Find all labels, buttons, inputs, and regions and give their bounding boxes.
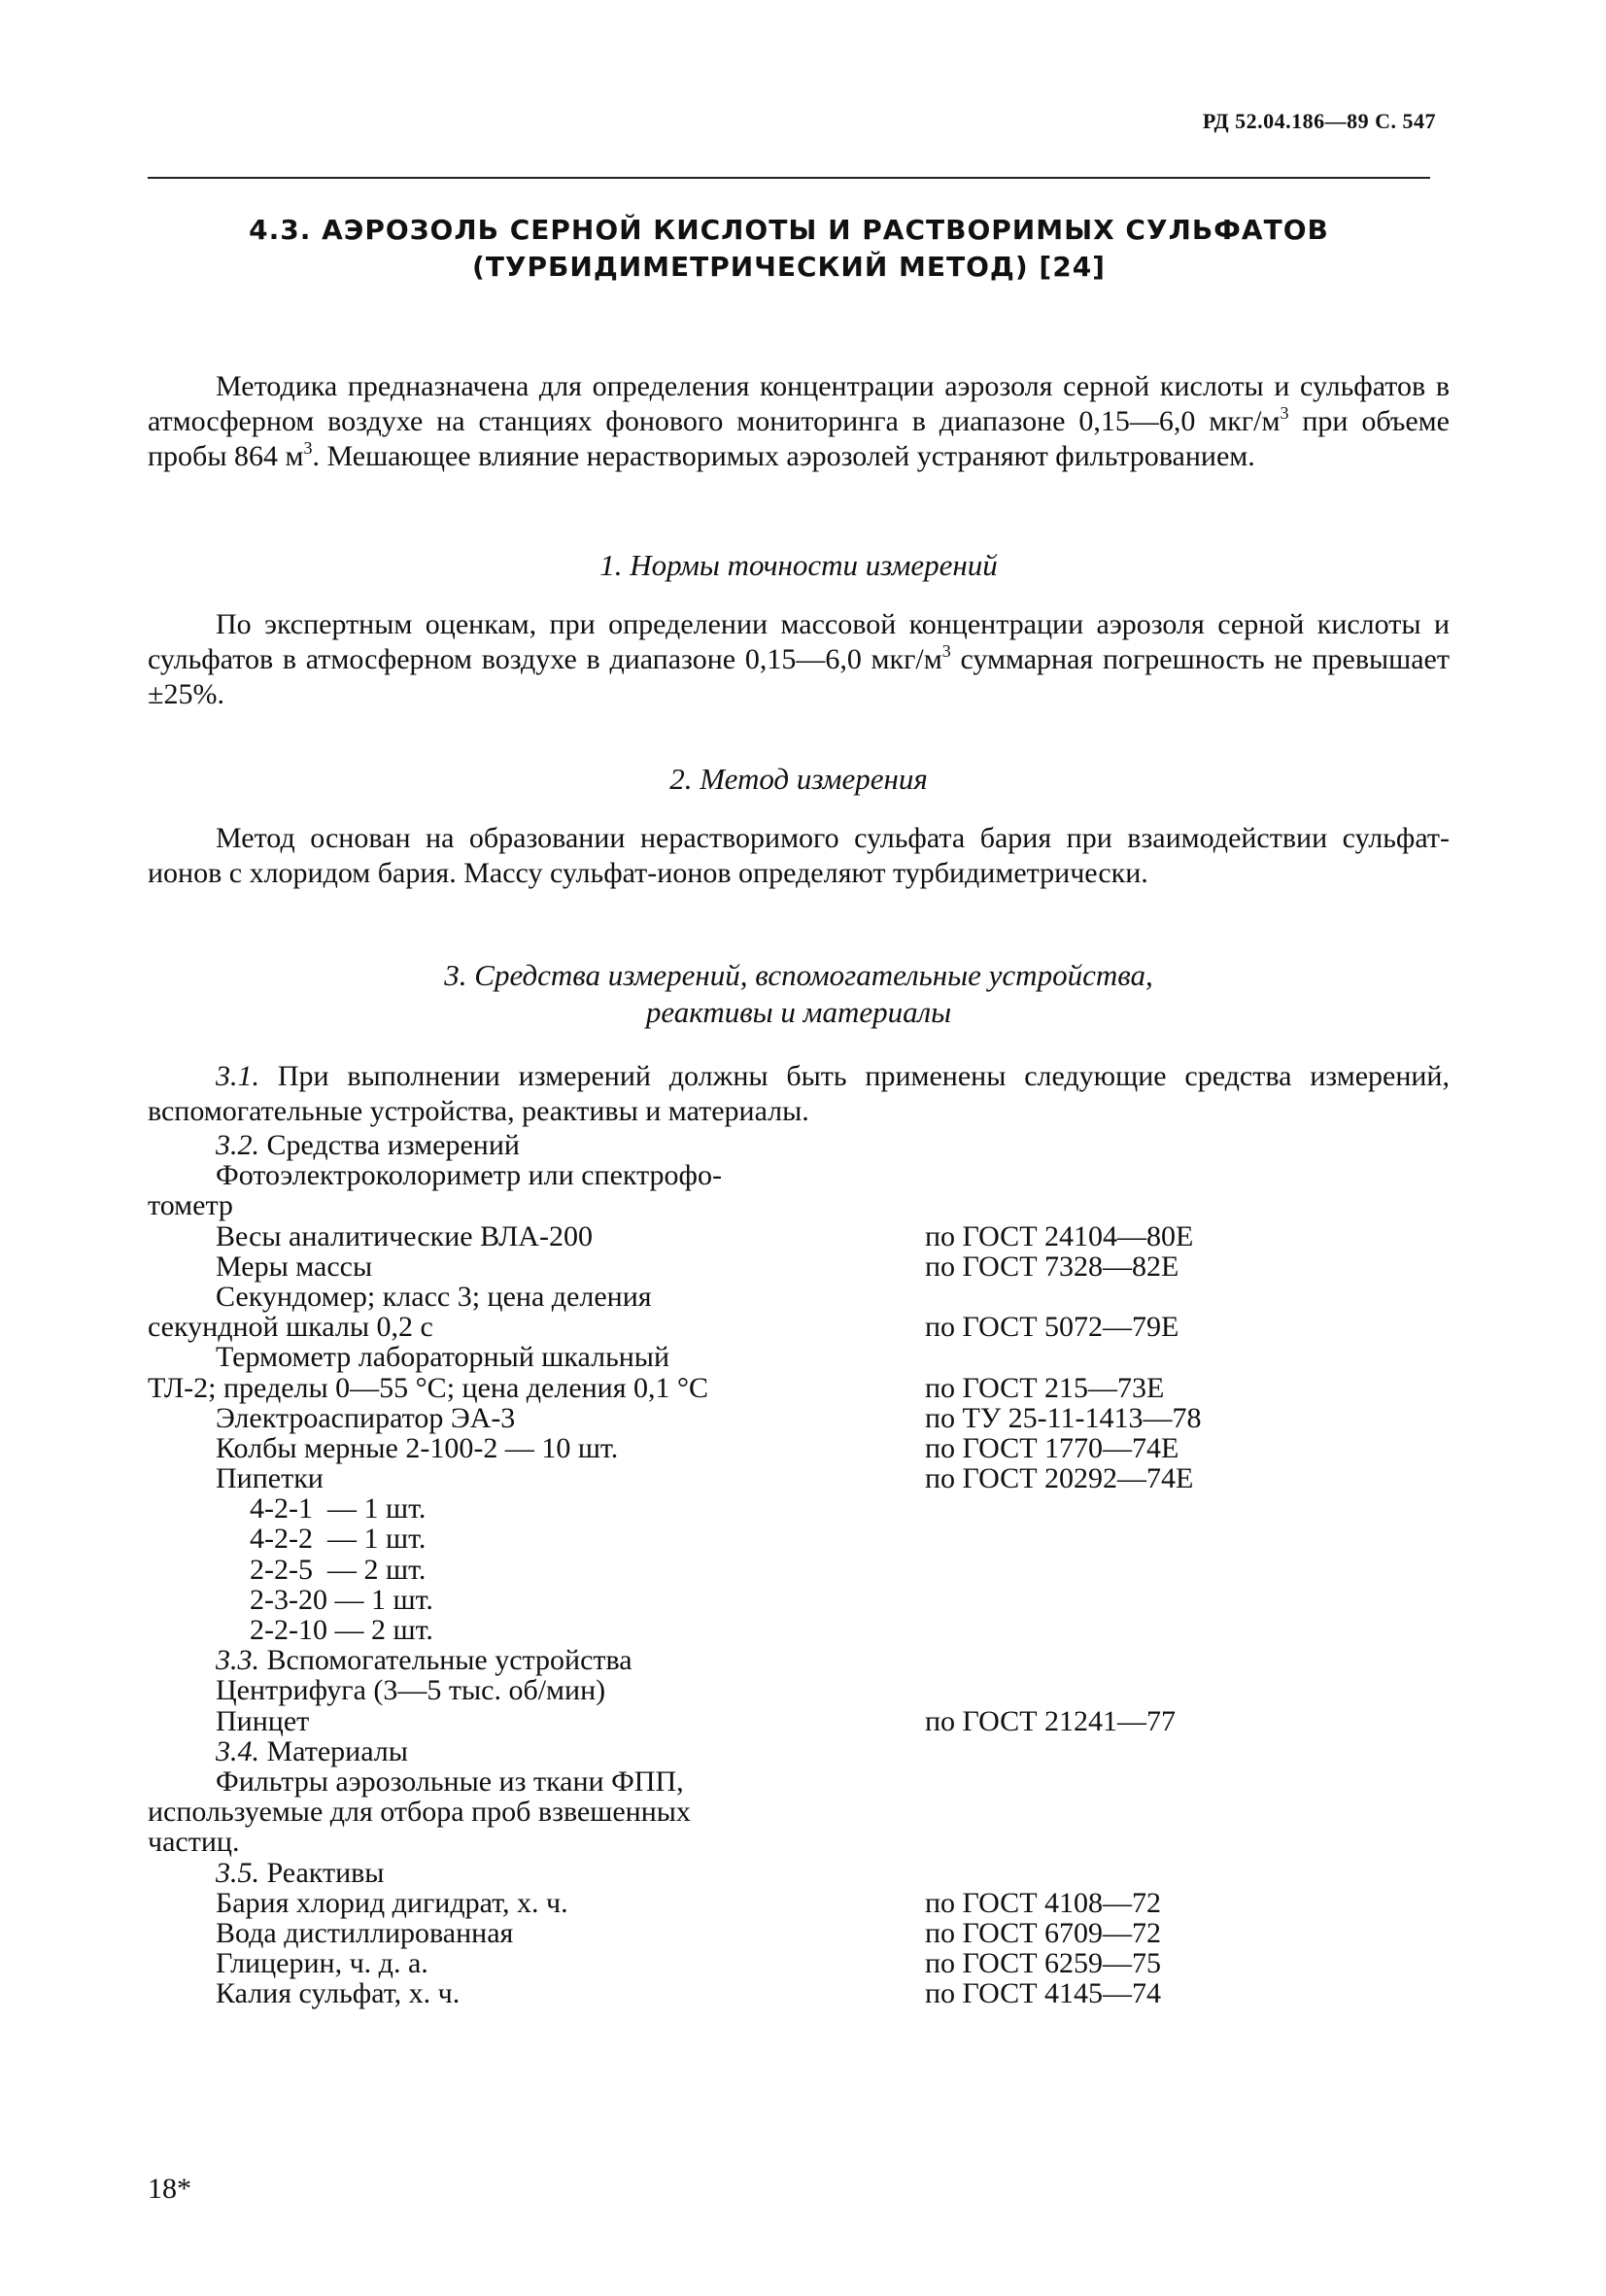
item-text: частиц. [148, 1826, 239, 1858]
item-text: Центрифуга (3—5 тыс. об/мин) [216, 1674, 605, 1706]
item-text: 2-2-10 — 2 шт. [250, 1614, 433, 1646]
standard-reference: по ГОСТ 24104—80Е [925, 1221, 1193, 1251]
item-label: тометр [148, 1190, 233, 1220]
item-text: 2-3-20 — 1 шт. [250, 1584, 433, 1616]
item-text: секундной шкалы 0,2 с [148, 1311, 433, 1343]
standard-reference: по ГОСТ 4108—72 [925, 1888, 1161, 1918]
standard-reference: по ГОСТ 1770—74Е [925, 1433, 1179, 1463]
standard-reference: по ТУ 25-11-1413—78 [925, 1403, 1202, 1433]
item-label: 3.3. Вспомогательные устройства [216, 1645, 632, 1675]
item-text: используемые для отбора проб взвешенных [148, 1796, 691, 1828]
item-text: Калия сульфат, х. ч. [216, 1977, 460, 2009]
item-label: Электроаспиратор ЭА-3 [216, 1403, 515, 1433]
item-text: 4-2-2 — 1 шт. [250, 1523, 426, 1555]
list-item: тометр [148, 1190, 1450, 1220]
item-text: Бария хлорид дигидрат, х. ч. [216, 1887, 568, 1919]
item-text: Фильтры аэрозольные из ткани ФПП, [216, 1765, 684, 1798]
item-label: 3.4. Материалы [216, 1736, 408, 1766]
standard-reference: по ГОСТ 21241—77 [925, 1706, 1176, 1736]
item-text: Материалы [259, 1735, 408, 1767]
list-item: Пинцетпо ГОСТ 21241—77 [148, 1706, 1450, 1736]
item-label: 4-2-2 — 1 шт. [250, 1524, 426, 1554]
item-label: частиц. [148, 1827, 239, 1857]
clause-number: 3.5. [216, 1857, 259, 1889]
standard-reference: по ГОСТ 4145—74 [925, 1978, 1161, 2008]
item-text: ТЛ-2; пределы 0—55 °С; цена деления 0,1 … [148, 1372, 708, 1404]
intro-text-3: . Мешающее влияние нерастворимых аэрозол… [312, 440, 1254, 472]
item-label: Калия сульфат, х. ч. [216, 1978, 460, 2008]
item-text: Секундомер; класс 3; цена деления [216, 1281, 652, 1313]
title-line-1: 4.3. АЭРОЗОЛЬ СЕРНОЙ КИСЛОТЫ И РАСТВОРИМ… [148, 212, 1430, 249]
list-item: Глицерин, ч. д. а.по ГОСТ 6259—75 [148, 1948, 1450, 1978]
section-3-heading: 3. Средства измерений, вспомогательные у… [148, 957, 1450, 1031]
item-label: ТЛ-2; пределы 0—55 °С; цена деления 0,1 … [148, 1373, 708, 1403]
standard-reference: по ГОСТ 215—73Е [925, 1373, 1164, 1403]
list-item: 2-2-5 — 2 шт. [148, 1555, 1450, 1585]
item-label: Меры массы [216, 1251, 372, 1282]
section-1-heading: 1. Нормы точности измерений [148, 547, 1450, 584]
list-item: 3.5. Реактивы [148, 1858, 1450, 1888]
item-label: 2-2-5 — 2 шт. [250, 1555, 426, 1585]
list-item: Центрифуга (3—5 тыс. об/мин) [148, 1675, 1450, 1705]
list-item: ТЛ-2; пределы 0—55 °С; цена деления 0,1 … [148, 1373, 1450, 1403]
list-item: 3.3. Вспомогательные устройства [148, 1645, 1450, 1675]
standard-reference: по ГОСТ 20292—74Е [925, 1463, 1193, 1493]
item-label: секундной шкалы 0,2 с [148, 1312, 433, 1342]
item-text: 4-2-1 — 1 шт. [250, 1492, 426, 1525]
item-text: 2-2-5 — 2 шт. [250, 1554, 426, 1586]
item-text: Пинцет [216, 1705, 309, 1737]
item-label: Центрифуга (3—5 тыс. об/мин) [216, 1675, 605, 1705]
item-label: используемые для отбора проб взвешенных [148, 1797, 691, 1827]
item-label: 2-2-10 — 2 шт. [250, 1615, 433, 1645]
title-line-2: (ТУРБИДИМЕТРИЧЕСКИЙ МЕТОД) [24] [148, 249, 1430, 286]
section-3-heading-line-1: 3. Средства измерений, вспомогательные у… [148, 957, 1450, 994]
item-label: Бария хлорид дигидрат, х. ч. [216, 1888, 568, 1918]
list-item: Бария хлорид дигидрат, х. ч.по ГОСТ 4108… [148, 1888, 1450, 1918]
standard-reference: по ГОСТ 6709—72 [925, 1918, 1161, 1948]
list-item: 4-2-2 — 1 шт. [148, 1524, 1450, 1554]
item-text: Фотоэлектроколориметр или спектрофо- [216, 1159, 722, 1191]
item-text: Термометр лабораторный шкальный [216, 1341, 669, 1373]
list-item: 3.2. Средства измерений [148, 1130, 1450, 1160]
item-text: Меры массы [216, 1251, 372, 1283]
section-2-paragraph: Метод основан на образовании нерастворим… [148, 821, 1450, 891]
intro-text-1: Методика предназначена для определения к… [148, 370, 1450, 437]
section-2-heading: 2. Метод измерения [148, 761, 1450, 798]
item-text: Вода дистиллированная [216, 1917, 513, 1949]
item-label: 3.5. Реактивы [216, 1858, 384, 1888]
item-text: Реактивы [259, 1857, 384, 1889]
list-item: Колбы мерные 2-100-2 — 10 шт.по ГОСТ 177… [148, 1433, 1450, 1463]
section-title: 4.3. АЭРОЗОЛЬ СЕРНОЙ КИСЛОТЫ И РАСТВОРИМ… [148, 212, 1430, 286]
clause-number: 3.1. [216, 1060, 259, 1092]
standard-reference: по ГОСТ 6259—75 [925, 1948, 1161, 1978]
item-text: Средства измерений [259, 1129, 520, 1161]
item-text: Вспомогательные устройства [259, 1644, 632, 1676]
item-label: Вода дистиллированная [216, 1918, 513, 1948]
equipment-list: 3.2. Средства измеренийФотоэлектроколори… [148, 1130, 1450, 2008]
clause-number: 3.3. [216, 1644, 259, 1676]
superscript: 3 [942, 641, 951, 661]
list-item: 4-2-1 — 1 шт. [148, 1493, 1450, 1524]
item-label: Весы аналитические ВЛА-200 [216, 1221, 593, 1251]
paragraph-3-1: 3.1. При выполнении измерений должны быт… [148, 1059, 1450, 1129]
item-label: Глицерин, ч. д. а. [216, 1948, 428, 1978]
item-label: 3.2. Средства измерений [216, 1130, 520, 1160]
item-label: 2-3-20 — 1 шт. [250, 1585, 433, 1615]
list-item: Электроаспиратор ЭА-3по ТУ 25-11-1413—78 [148, 1403, 1450, 1433]
list-item: 2-3-20 — 1 шт. [148, 1585, 1450, 1615]
list-item: 3.4. Материалы [148, 1736, 1450, 1766]
item-text: тометр [148, 1189, 233, 1221]
clause-number: 3.2. [216, 1129, 259, 1161]
standard-reference: по ГОСТ 5072—79Е [925, 1312, 1179, 1342]
item-label: Фильтры аэрозольные из ткани ФПП, [216, 1766, 684, 1797]
list-item: 2-2-10 — 2 шт. [148, 1615, 1450, 1645]
item-text: Глицерин, ч. д. а. [216, 1947, 428, 1979]
item-label: Пипетки [216, 1463, 324, 1493]
item-label: Колбы мерные 2-100-2 — 10 шт. [216, 1433, 618, 1463]
item-label: Пинцет [216, 1706, 309, 1736]
paragraph-3-1-text: При выполнении измерений должны быть при… [148, 1060, 1450, 1127]
clause-number: 3.4. [216, 1735, 259, 1767]
running-head: РД 52.04.186—89 С. 547 [1203, 109, 1436, 134]
item-label: Фотоэлектроколориметр или спектрофо- [216, 1160, 722, 1190]
list-item: Вода дистиллированнаяпо ГОСТ 6709—72 [148, 1918, 1450, 1948]
item-text: Колбы мерные 2-100-2 — 10 шт. [216, 1432, 618, 1464]
list-item: используемые для отбора проб взвешенных [148, 1797, 1450, 1827]
list-item: частиц. [148, 1827, 1450, 1857]
list-item: Меры массыпо ГОСТ 7328—82Е [148, 1251, 1450, 1282]
item-text: Весы аналитические ВЛА-200 [216, 1220, 593, 1252]
header-rule [148, 177, 1430, 179]
list-item: Фильтры аэрозольные из ткани ФПП, [148, 1766, 1450, 1797]
section-3-heading-line-2: реактивы и материалы [148, 994, 1450, 1031]
standard-reference: по ГОСТ 7328—82Е [925, 1251, 1179, 1282]
item-text: Электроаспиратор ЭА-3 [216, 1402, 515, 1434]
item-label: Термометр лабораторный шкальный [216, 1342, 669, 1372]
list-item: Термометр лабораторный шкальный [148, 1342, 1450, 1372]
section-2-text: Метод основан на образовании нерастворим… [148, 822, 1450, 889]
list-item: Калия сульфат, х. ч.по ГОСТ 4145—74 [148, 1978, 1450, 2008]
list-item: Фотоэлектроколориметр или спектрофо- [148, 1160, 1450, 1190]
item-label: 4-2-1 — 1 шт. [250, 1493, 426, 1524]
item-label: Секундомер; класс 3; цена деления [216, 1282, 652, 1312]
list-item: секундной шкалы 0,2 спо ГОСТ 5072—79Е [148, 1312, 1450, 1342]
intro-paragraph: Методика предназначена для определения к… [148, 369, 1450, 474]
section-1-paragraph: По экспертным оценкам, при определении м… [148, 607, 1450, 712]
list-item: Секундомер; класс 3; цена деления [148, 1282, 1450, 1312]
list-item: Пипеткипо ГОСТ 20292—74Е [148, 1463, 1450, 1493]
list-item: Весы аналитические ВЛА-200по ГОСТ 24104—… [148, 1221, 1450, 1251]
item-text: Пипетки [216, 1462, 324, 1494]
signature-mark: 18* [148, 2173, 191, 2206]
